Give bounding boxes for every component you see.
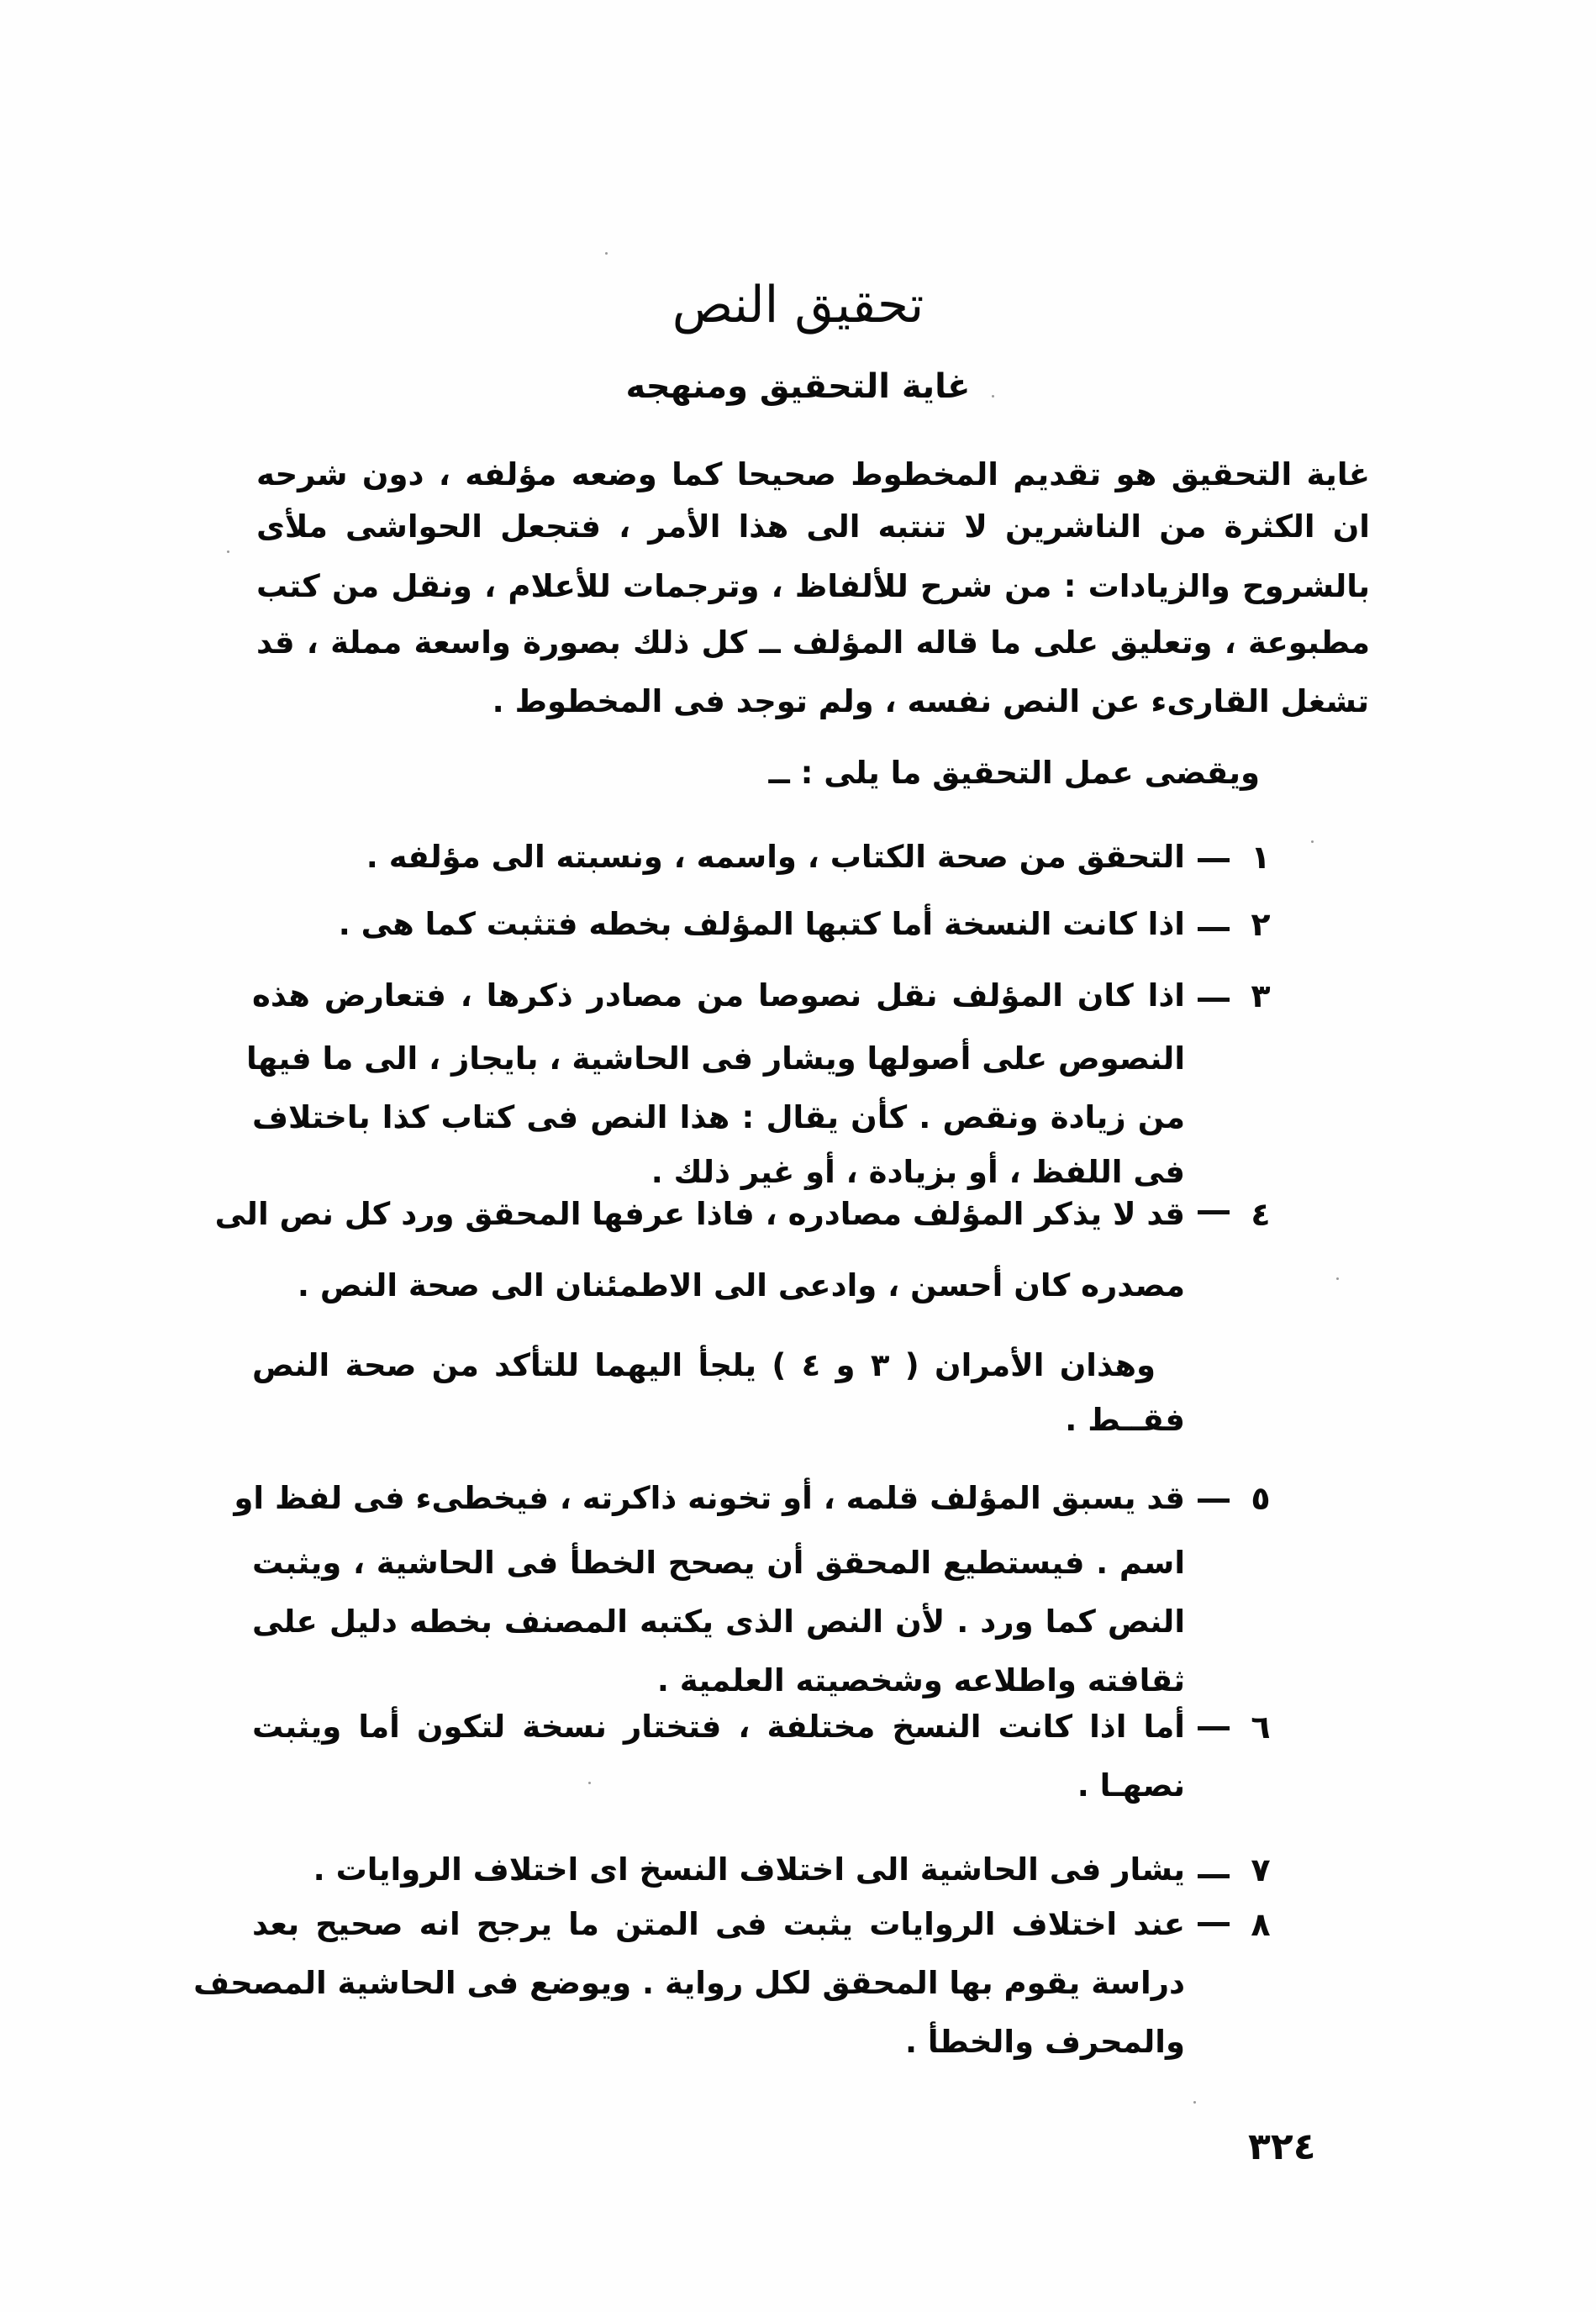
item-line: مصدره كان أحسن ، وادعى الى الاطمئنان الى… bbox=[298, 1261, 1185, 1311]
lead-in: ويقضى عمل التحقيق ما يلى : ــ bbox=[768, 748, 1260, 798]
item-dash bbox=[1198, 1726, 1230, 1730]
item-number: ٨ bbox=[1242, 1899, 1279, 1950]
item-line: دراسة يقوم بها المحقق لكل رواية . ويوضع … bbox=[252, 1958, 1185, 2009]
item-number: ٤ bbox=[1242, 1189, 1279, 1240]
item-line: يشار فى الحاشية الى اختلاف النسخ اى اختل… bbox=[313, 1845, 1185, 1895]
intro-line: بالشروح والزيادات : من شرح للألفاظ ، وتر… bbox=[256, 561, 1370, 612]
item-line: التحقق من صحة الكتاب ، واسمه ، ونسبته ال… bbox=[366, 832, 1185, 882]
scan-speck bbox=[1193, 2101, 1196, 2104]
item-line: ثقافته واطلاعه وشخصيته العلمية . bbox=[657, 1656, 1185, 1706]
item-line: نصهـا . bbox=[1077, 1761, 1185, 1811]
item-dash bbox=[1198, 998, 1230, 1002]
scan-speck bbox=[1336, 1277, 1339, 1280]
item-line: اذا كان المؤلف نقل نصوصا من مصادر ذكرها … bbox=[252, 971, 1185, 1021]
item-line: عند اختلاف الروايات يثبت فى المتن ما يرج… bbox=[252, 1899, 1185, 1950]
scan-speck bbox=[1311, 840, 1314, 843]
item-line: قد لا يذكر المؤلف مصادره ، فاذا عرفها ال… bbox=[252, 1189, 1185, 1240]
scan-speck bbox=[807, 1185, 809, 1188]
item-line: النصوص على أصولها ويشار فى الحاشية ، باي… bbox=[252, 1034, 1185, 1084]
item-dash bbox=[1198, 858, 1230, 862]
note-line: فقــط . bbox=[1065, 1395, 1185, 1446]
item-line: اذا كانت النسخة أما كتبها المؤلف بخطه فت… bbox=[339, 899, 1185, 950]
item-line: أما اذا كانت النسخ مختلفة ، فتختار نسخة … bbox=[252, 1702, 1185, 1752]
item-line: والمحرف والخطأ . bbox=[905, 2017, 1185, 2067]
intro-line: ان الكثرة من الناشرين لا تنتبه الى هذا ا… bbox=[256, 502, 1370, 552]
page-number: ٣٢٤ bbox=[1248, 2122, 1316, 2172]
item-number: ٥ bbox=[1242, 1473, 1279, 1524]
intro-line: تشغل القارىء عن النص نفسه ، ولم توجد فى … bbox=[492, 677, 1369, 727]
intro-line: غاية التحقيق هو تقديم المخطوط صحيحا كما … bbox=[256, 450, 1370, 500]
item-dash bbox=[1198, 1922, 1230, 1926]
item-dash bbox=[1198, 927, 1230, 931]
item-number: ٧ bbox=[1242, 1845, 1279, 1895]
item-dash bbox=[1198, 1874, 1230, 1878]
item-dash bbox=[1198, 1498, 1230, 1503]
note-line: وهذان الأمران ( ٣ و ٤ ) يلجأ اليهما للتأ… bbox=[252, 1340, 1156, 1391]
item-number: ٣ bbox=[1242, 971, 1279, 1021]
item-line: اسم . فيستطيع المحقق أن يصحح الخطأ فى ال… bbox=[252, 1538, 1185, 1588]
item-line: من زيادة ونقص . كأن يقال : هذا النص فى ك… bbox=[252, 1093, 1185, 1143]
book-page: تحقيق النص غاية التحقيق ومنهجه غاية التح… bbox=[0, 0, 1596, 2312]
item-number: ٦ bbox=[1242, 1702, 1279, 1752]
page-title: تحقيق النص bbox=[0, 267, 1596, 343]
item-number: ٢ bbox=[1242, 899, 1279, 950]
intro-line: مطبوعة ، وتعليق على ما قاله المؤلف ــ كل… bbox=[256, 618, 1370, 668]
item-number: ١ bbox=[1242, 832, 1279, 882]
item-line: قد يسبق المؤلف قلمه ، أو تخونه ذاكرته ، … bbox=[252, 1473, 1185, 1524]
scan-speck bbox=[227, 550, 229, 553]
section-heading: غاية التحقيق ومنهجه bbox=[0, 360, 1596, 413]
item-line: النص كما ورد . لأن النص الذى يكتبه المصن… bbox=[252, 1597, 1185, 1647]
scan-speck bbox=[605, 252, 608, 255]
scan-speck bbox=[588, 1782, 591, 1784]
item-dash bbox=[1198, 1210, 1230, 1214]
scan-speck bbox=[992, 395, 994, 398]
